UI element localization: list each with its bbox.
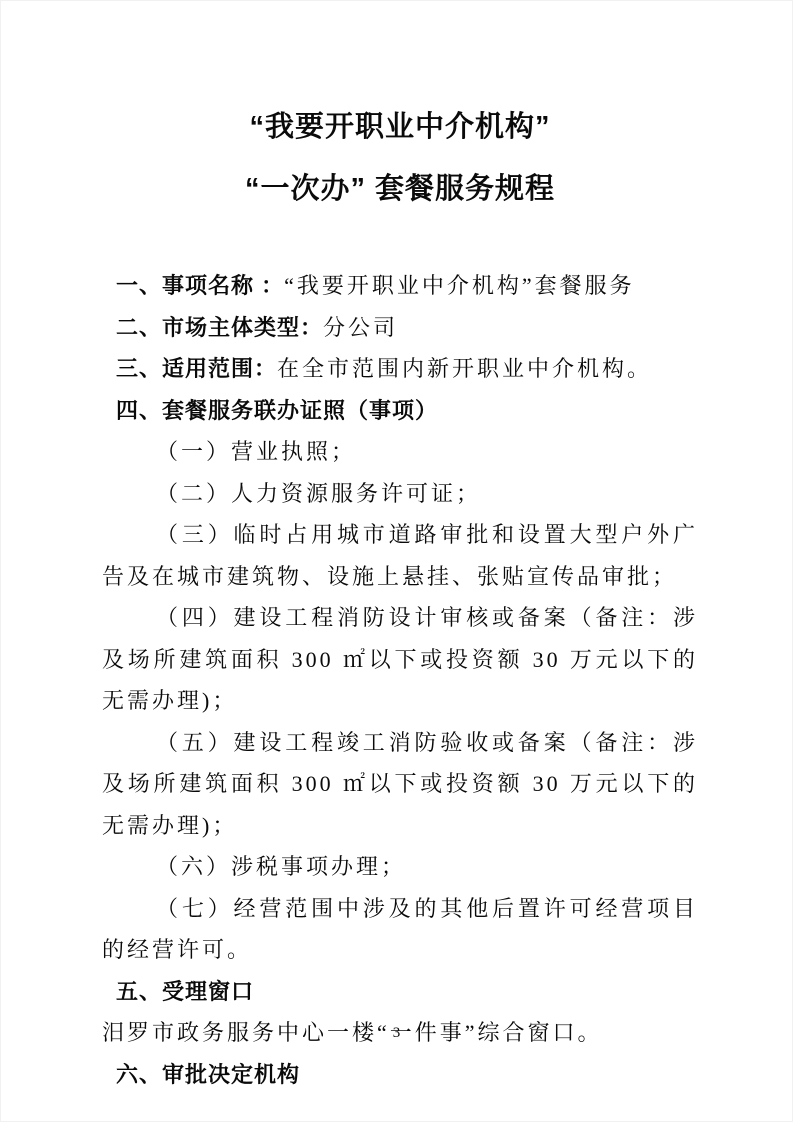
section-label: 一、事项名称 ： [116, 273, 284, 298]
section-label: 四、套餐服务联办证照（事项） [116, 398, 438, 423]
list-item-6: （六）涉税事项办理； [102, 846, 698, 888]
list-item-5: （五）建设工程竣工消防验收或备案（备注：涉及场所建筑面积 300 ㎡以下或投资额… [102, 722, 698, 847]
section-text: 分公司 [323, 315, 398, 340]
document-content: “我要开职业中介机构” “一次办” 套餐服务规程 一、事项名称 ：“我要开职业中… [102, 1, 698, 1095]
section-label: 六、审批决定机构 [116, 1062, 300, 1087]
section-heading-entity-type: 二、市场主体类型：分公司 [102, 307, 698, 349]
section-heading-item-name: 一、事项名称 ：“我要开职业中介机构”套餐服务 [102, 265, 698, 307]
section-label: 三、适用范围： [116, 356, 277, 381]
list-item-3: （三）临时占用城市道路审批和设置大型户外广告及在城市建筑物、设施上悬挂、张贴宣传… [102, 514, 698, 597]
section-text: “我要开职业中介机构”套餐服务 [284, 273, 635, 298]
section-label: 五、受理窗口 [116, 979, 254, 1004]
section-text: 在全市范围内新开职业中介机构。 [277, 356, 652, 381]
document-title-line2: “一次办” 套餐服务规程 [102, 169, 698, 209]
document-body: 一、事项名称 ：“我要开职业中介机构”套餐服务 二、市场主体类型：分公司 三、适… [102, 265, 698, 1095]
page-number: 3 [1, 1023, 792, 1043]
section-heading-licenses: 四、套餐服务联办证照（事项） [102, 390, 698, 432]
section-heading-scope: 三、适用范围：在全市范围内新开职业中介机构。 [102, 348, 698, 390]
section-heading-authority: 六、审批决定机构 [102, 1054, 698, 1096]
document-page: “我要开职业中介机构” “一次办” 套餐服务规程 一、事项名称 ：“我要开职业中… [0, 0, 793, 1122]
list-item-4: （四）建设工程消防设计审核或备案（备注：涉及场所建筑面积 300 ㎡以下或投资额… [102, 597, 698, 722]
section-heading-window: 五、受理窗口 [102, 971, 698, 1013]
list-item-1: （一）营业执照； [102, 431, 698, 473]
document-title-line1: “我要开职业中介机构” [102, 107, 698, 147]
list-item-7: （七）经营范围中涉及的其他后置许可经营项目的经营许可。 [102, 888, 698, 971]
list-item-2: （二）人力资源服务许可证； [102, 473, 698, 515]
section-label: 二、市场主体类型： [116, 315, 323, 340]
